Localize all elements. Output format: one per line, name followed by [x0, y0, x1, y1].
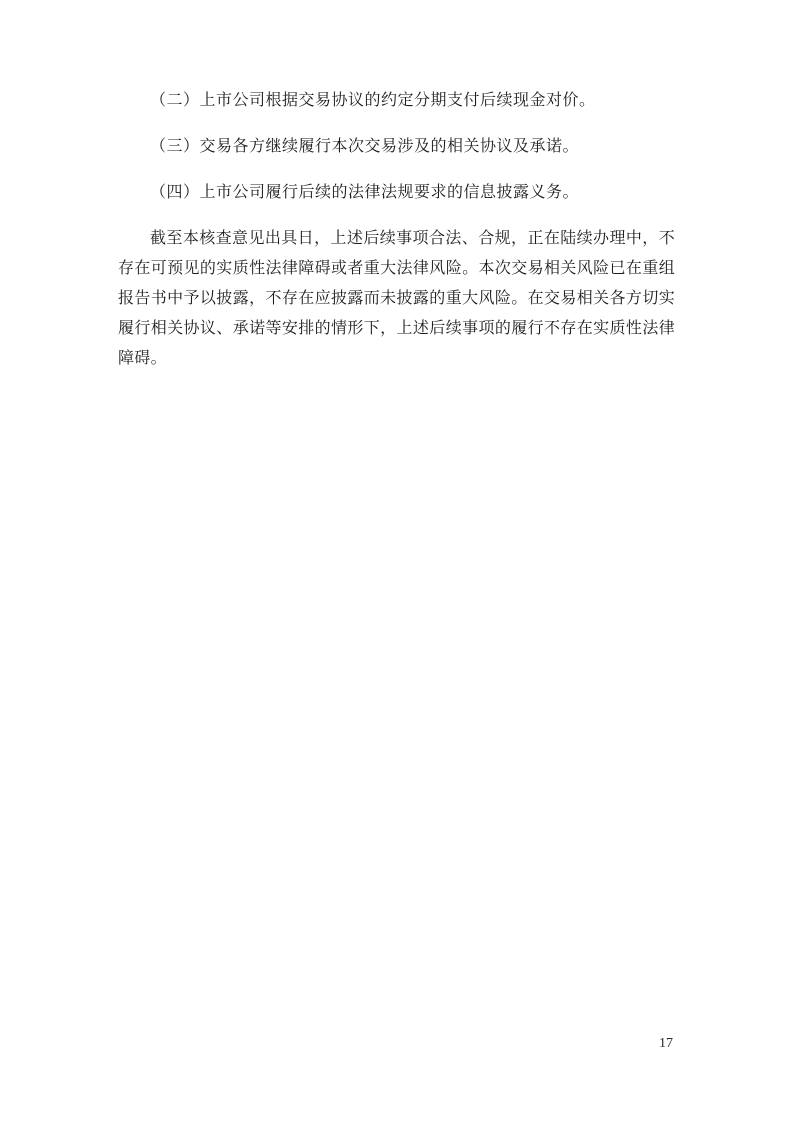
document-page: （二）上市公司根据交易协议的约定分期支付后续现金对价。 （三）交易各方继续履行本… — [0, 0, 793, 1122]
list-item: （二）上市公司根据交易协议的约定分期支付后续现金对价。 — [118, 86, 675, 116]
document-content: （二）上市公司根据交易协议的约定分期支付后续现金对价。 （三）交易各方继续履行本… — [118, 86, 675, 374]
page-number: 17 — [0, 1036, 673, 1052]
list-item: （四）上市公司履行后续的法律法规要求的信息披露义务。 — [118, 178, 675, 208]
body-paragraph: 截至本核查意见出具日，上述后续事项合法、合规，正在陆续办理中，不存在可预见的实质… — [118, 224, 675, 374]
list-item: （三）交易各方继续履行本次交易涉及的相关协议及承诺。 — [118, 132, 675, 162]
